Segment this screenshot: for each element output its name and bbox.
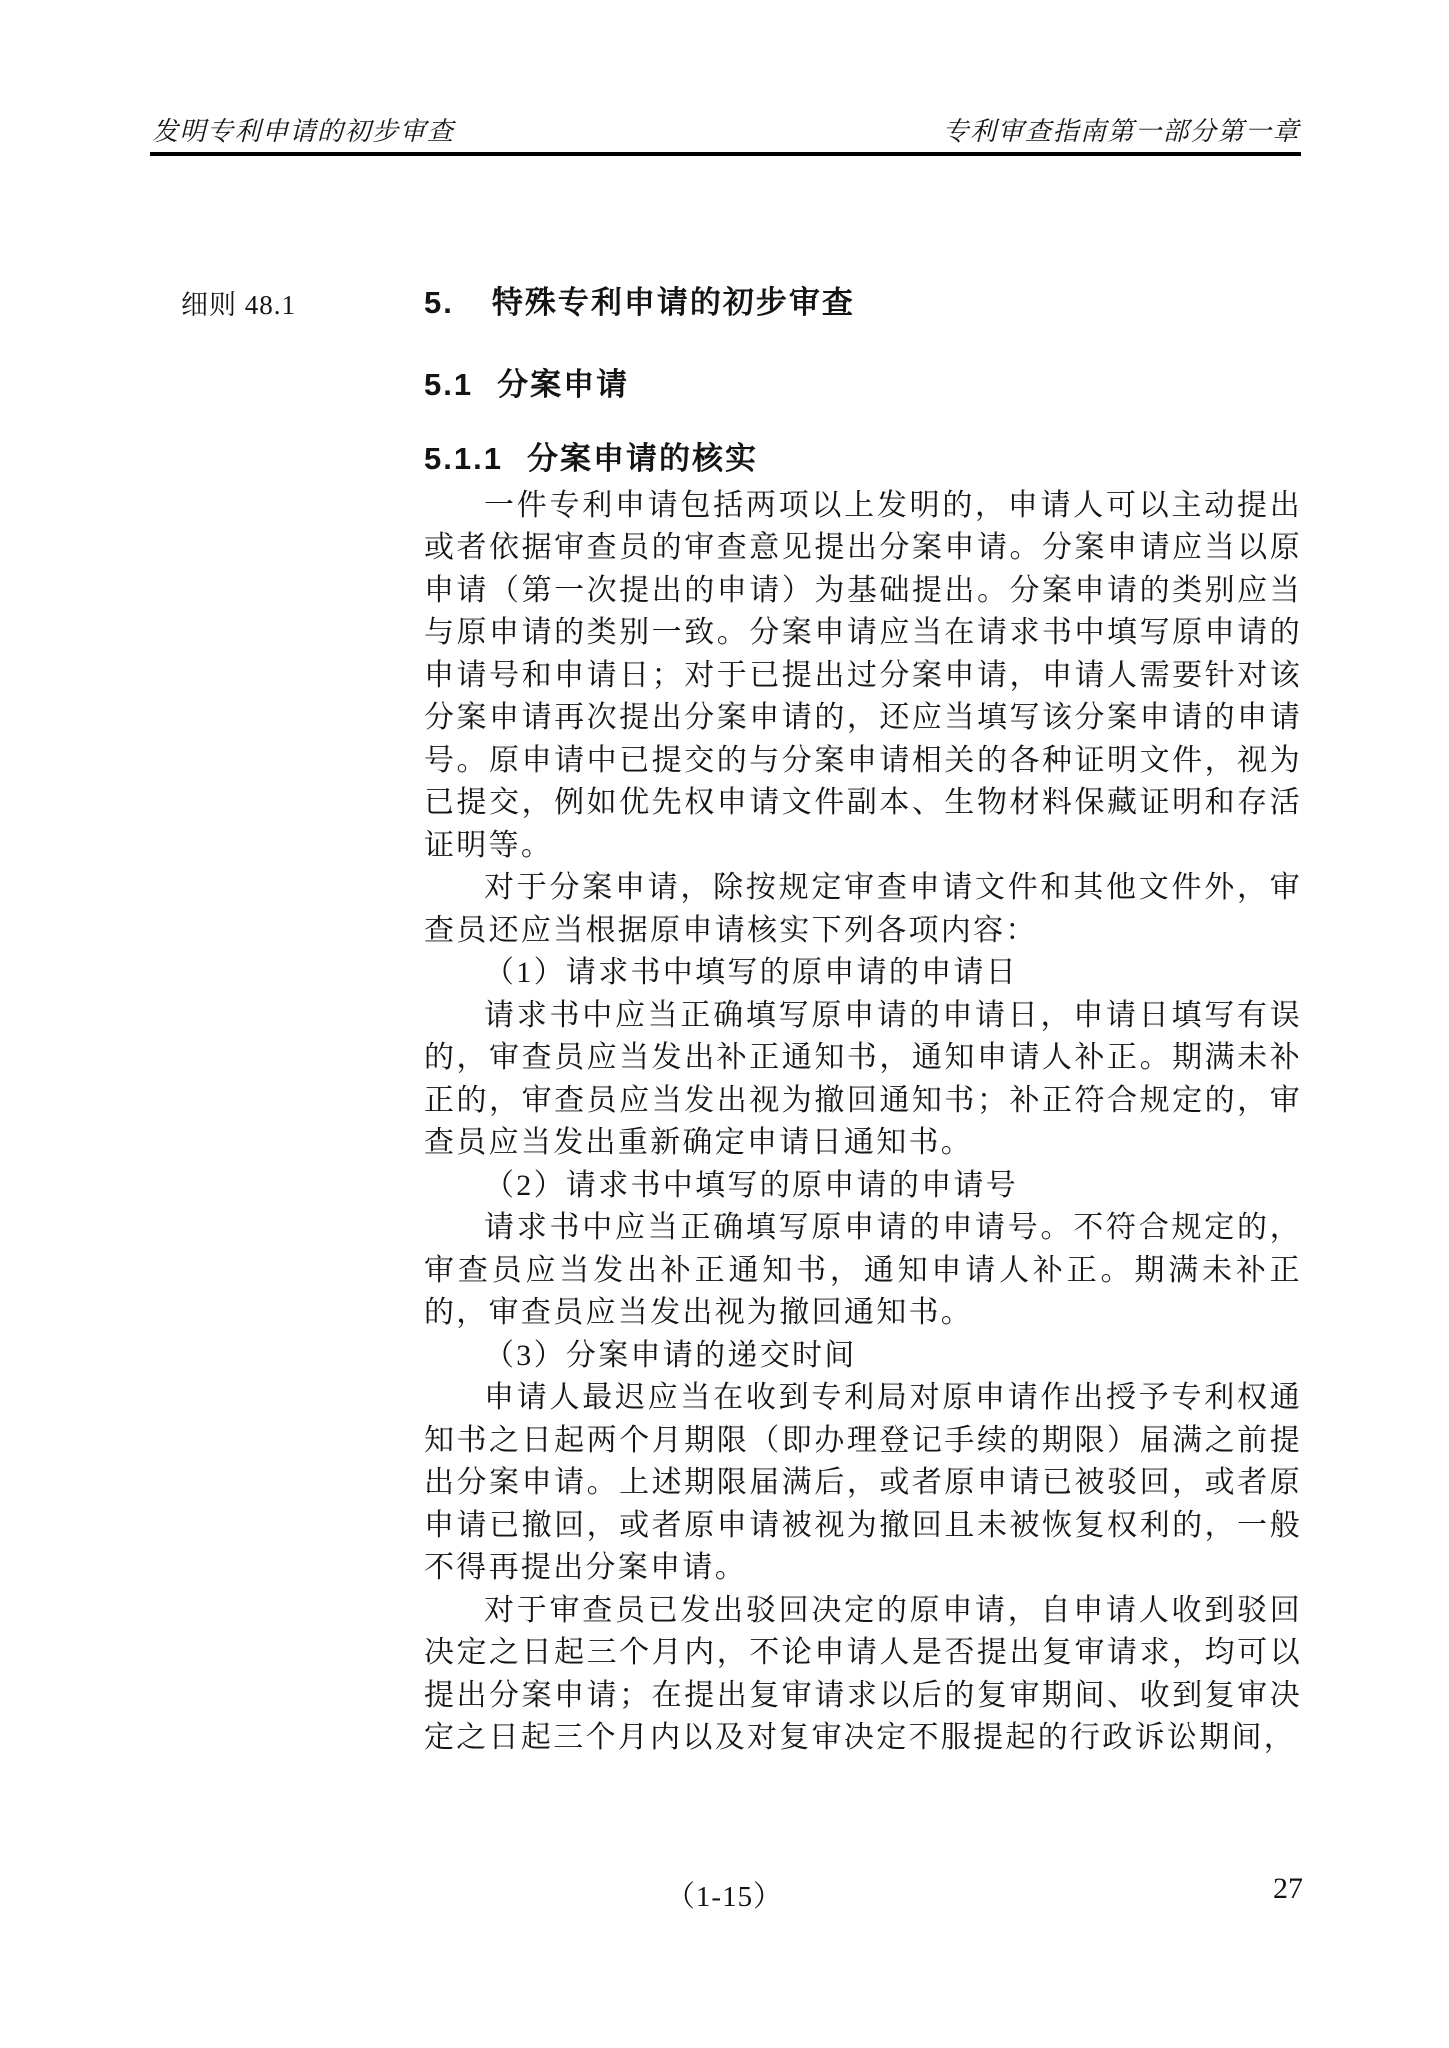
list-item-heading: （3）分案申请的递交时间 xyxy=(424,1335,1302,1378)
list-item-heading: （2）请求书中填写的原申请的申请号 xyxy=(424,1165,1302,1208)
paragraph: 请求书中应当正确填写原申请的申请号。不符合规定的，审查员应当发出补正通知书，通知… xyxy=(424,1207,1302,1335)
section-number: 5.1 xyxy=(424,367,473,402)
section-heading-level2: 5.1分案申请 xyxy=(424,364,1302,407)
section-title: 特殊专利申请的初步审查 xyxy=(492,285,855,320)
list-item-heading: （1）请求书中填写的原申请的申请日 xyxy=(424,952,1302,995)
document-page: 发明专利申请的初步审查 专利审查指南第一部分第一章 细则 48.1 5.特殊专利… xyxy=(0,0,1449,2048)
running-header-right: 专利审查指南第一部分第一章 xyxy=(942,111,1300,148)
running-header-left: 发明专利申请的初步审查 xyxy=(152,111,455,148)
header-rule xyxy=(150,152,1301,156)
paragraph: 请求书中应当正确填写原申请的申请日，申请日填写有误的，审查员应当发出补正通知书，… xyxy=(424,995,1302,1165)
paragraph: 一件专利申请包括两项以上发明的，申请人可以主动提出或者依据审查员的审查意见提出分… xyxy=(424,485,1302,868)
main-text-column: 5.特殊专利申请的初步审查 5.1分案申请 5.1.1分案申请的核实 一件专利申… xyxy=(424,282,1302,1760)
section-title: 分案申请的核实 xyxy=(527,441,758,476)
paragraph: 对于审查员已发出驳回决定的原申请，自申请人收到驳回决定之日起三个月内，不论申请人… xyxy=(424,1590,1302,1760)
section-number: 5. xyxy=(424,285,454,320)
section-title: 分案申请 xyxy=(497,367,629,402)
section-heading-level1: 5.特殊专利申请的初步审查 xyxy=(424,282,1302,325)
footer-page-number: 27 xyxy=(1273,1872,1303,1906)
paragraph: 对于分案申请，除按规定审查申请文件和其他文件外，审查员还应当根据原申请核实下列各… xyxy=(424,867,1302,952)
footer-section-locator: （1-15） xyxy=(0,1874,1449,1915)
section-heading-level3: 5.1.1分案申请的核实 xyxy=(424,438,1302,481)
margin-note: 细则 48.1 xyxy=(181,284,296,326)
section-number: 5.1.1 xyxy=(424,441,503,476)
paragraph: 申请人最迟应当在收到专利局对原申请作出授予专利权通知书之日起两个月期限（即办理登… xyxy=(424,1377,1302,1590)
